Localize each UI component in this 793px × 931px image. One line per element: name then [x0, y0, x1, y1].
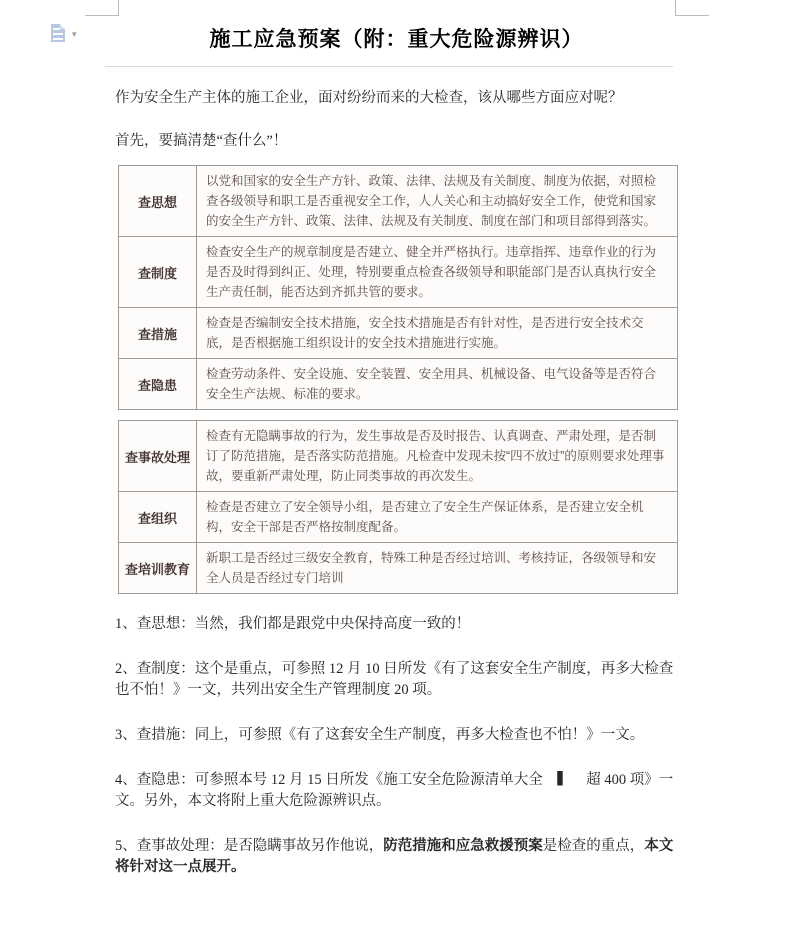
bold-text: 防范措施和应急救援预案 — [383, 838, 543, 854]
page-title: 施工应急预案（附：重大危险源辨识） — [0, 23, 793, 53]
text: 5、查事故处理：是否隐瞒事故另作他说， — [115, 838, 383, 854]
row-label: 查隐患 — [119, 359, 197, 409]
row-content: 以党和国家的安全生产方针、政策、法律、法规及有关制度、制度为依据，对照检查各级领… — [197, 166, 677, 236]
inspection-tables: 查思想以党和国家的安全生产方针、政策、法律、法规及有关制度、制度为依据，对照检查… — [118, 165, 678, 594]
title-divider — [105, 66, 673, 67]
text: 3、查措施：同上，可参照《有了这套安全生产制度，再多大检查也不怕！》一文。 — [115, 727, 644, 743]
text: 4、查隐患：可参照本号 12 月 15 日所发《施工安全危险源清单大全 ▍ 超 … — [115, 772, 673, 809]
row-content: 检查有无隐瞒事故的行为，发生事故是否及时报告、认真调查、严肃处理，是否制订了防范… — [197, 421, 677, 491]
row-label: 查制度 — [119, 237, 197, 307]
row-label: 查措施 — [119, 308, 197, 358]
table-row: 查思想以党和国家的安全生产方针、政策、法律、法规及有关制度、制度为依据，对照检查… — [119, 166, 677, 236]
table-row: 查隐患检查劳动条件、安全设施、安全装置、安全用具、机械设备、电气设备等是否符合安… — [119, 358, 677, 409]
inspection-table-1: 查思想以党和国家的安全生产方针、政策、法律、法规及有关制度、制度为依据，对照检查… — [118, 165, 678, 410]
row-content: 新职工是否经过三级安全教育，特殊工种是否经过培训、考核持证，各级领导和安全人员是… — [197, 543, 677, 593]
table-row: 查制度检查安全生产的规章制度是否建立、健全并严格执行。违章指挥、违章作业的行为是… — [119, 236, 677, 307]
table-row: 查培训教育新职工是否经过三级安全教育，特殊工种是否经过培训、考核持证，各级领导和… — [119, 542, 677, 593]
numbered-paragraphs: 1、查思想：当然，我们都是跟党中央保持高度一致的！2、查制度：这个是重点，可参照… — [115, 614, 680, 902]
row-content: 检查安全生产的规章制度是否建立、健全并严格执行。违章指挥、违章作业的行为是否及时… — [197, 237, 677, 307]
row-content: 检查是否建立了安全领导小组，是否建立了安全生产保证体系，是否建立安全机构，安全干… — [197, 492, 677, 542]
table-row: 查组织检查是否建立了安全领导小组，是否建立了安全生产保证体系，是否建立安全机构，… — [119, 491, 677, 542]
row-label: 查组织 — [119, 492, 197, 542]
numbered-paragraph: 5、查事故处理：是否隐瞒事故另作他说，防范措施和应急救援预案是检查的重点，本文将… — [115, 836, 680, 878]
intro-block: 作为安全生产主体的施工企业，面对纷纷而来的大检查，该从哪些方面应对呢？ 首先，要… — [115, 88, 678, 174]
table-row: 查措施检查是否编制安全技术措施，安全技术措施是否有针对性，是否进行安全技术交底，… — [119, 307, 677, 358]
row-label: 查事故处理 — [119, 421, 197, 491]
intro-paragraph-2: 首先，要搞清楚“查什么”！ — [115, 131, 678, 151]
page-margin-mark-right — [675, 0, 709, 16]
numbered-paragraph: 1、查思想：当然，我们都是跟党中央保持高度一致的！ — [115, 614, 680, 635]
row-label: 查思想 — [119, 166, 197, 236]
inspection-table-2: 查事故处理检查有无隐瞒事故的行为，发生事故是否及时报告、认真调查、严肃处理，是否… — [118, 420, 678, 594]
text: 2、查制度：这个是重点，可参照 12 月 10 日所发《有了这套安全生产制度，再… — [115, 661, 673, 698]
table-row: 查事故处理检查有无隐瞒事故的行为，发生事故是否及时报告、认真调查、严肃处理，是否… — [119, 421, 677, 491]
numbered-paragraph: 4、查隐患：可参照本号 12 月 15 日所发《施工安全危险源清单大全 ▍ 超 … — [115, 770, 680, 812]
numbered-paragraph: 2、查制度：这个是重点，可参照 12 月 10 日所发《有了这套安全生产制度，再… — [115, 659, 680, 701]
intro-paragraph-1: 作为安全生产主体的施工企业，面对纷纷而来的大检查，该从哪些方面应对呢？ — [115, 88, 678, 108]
document-page: ▾ 施工应急预案（附：重大危险源辨识） 作为安全生产主体的施工企业，面对纷纷而来… — [0, 0, 793, 931]
row-label: 查培训教育 — [119, 543, 197, 593]
numbered-paragraph: 3、查措施：同上，可参照《有了这套安全生产制度，再多大检查也不怕！》一文。 — [115, 725, 680, 746]
page-margin-mark-left — [85, 0, 119, 16]
row-content: 检查是否编制安全技术措施，安全技术措施是否有针对性，是否进行安全技术交底，是否根… — [197, 308, 677, 358]
text: 1、查思想：当然，我们都是跟党中央保持高度一致的！ — [115, 616, 470, 632]
row-content: 检查劳动条件、安全设施、安全装置、安全用具、机械设备、电气设备等是否符合安全生产… — [197, 359, 677, 409]
text: 是检查的重点， — [543, 838, 645, 854]
